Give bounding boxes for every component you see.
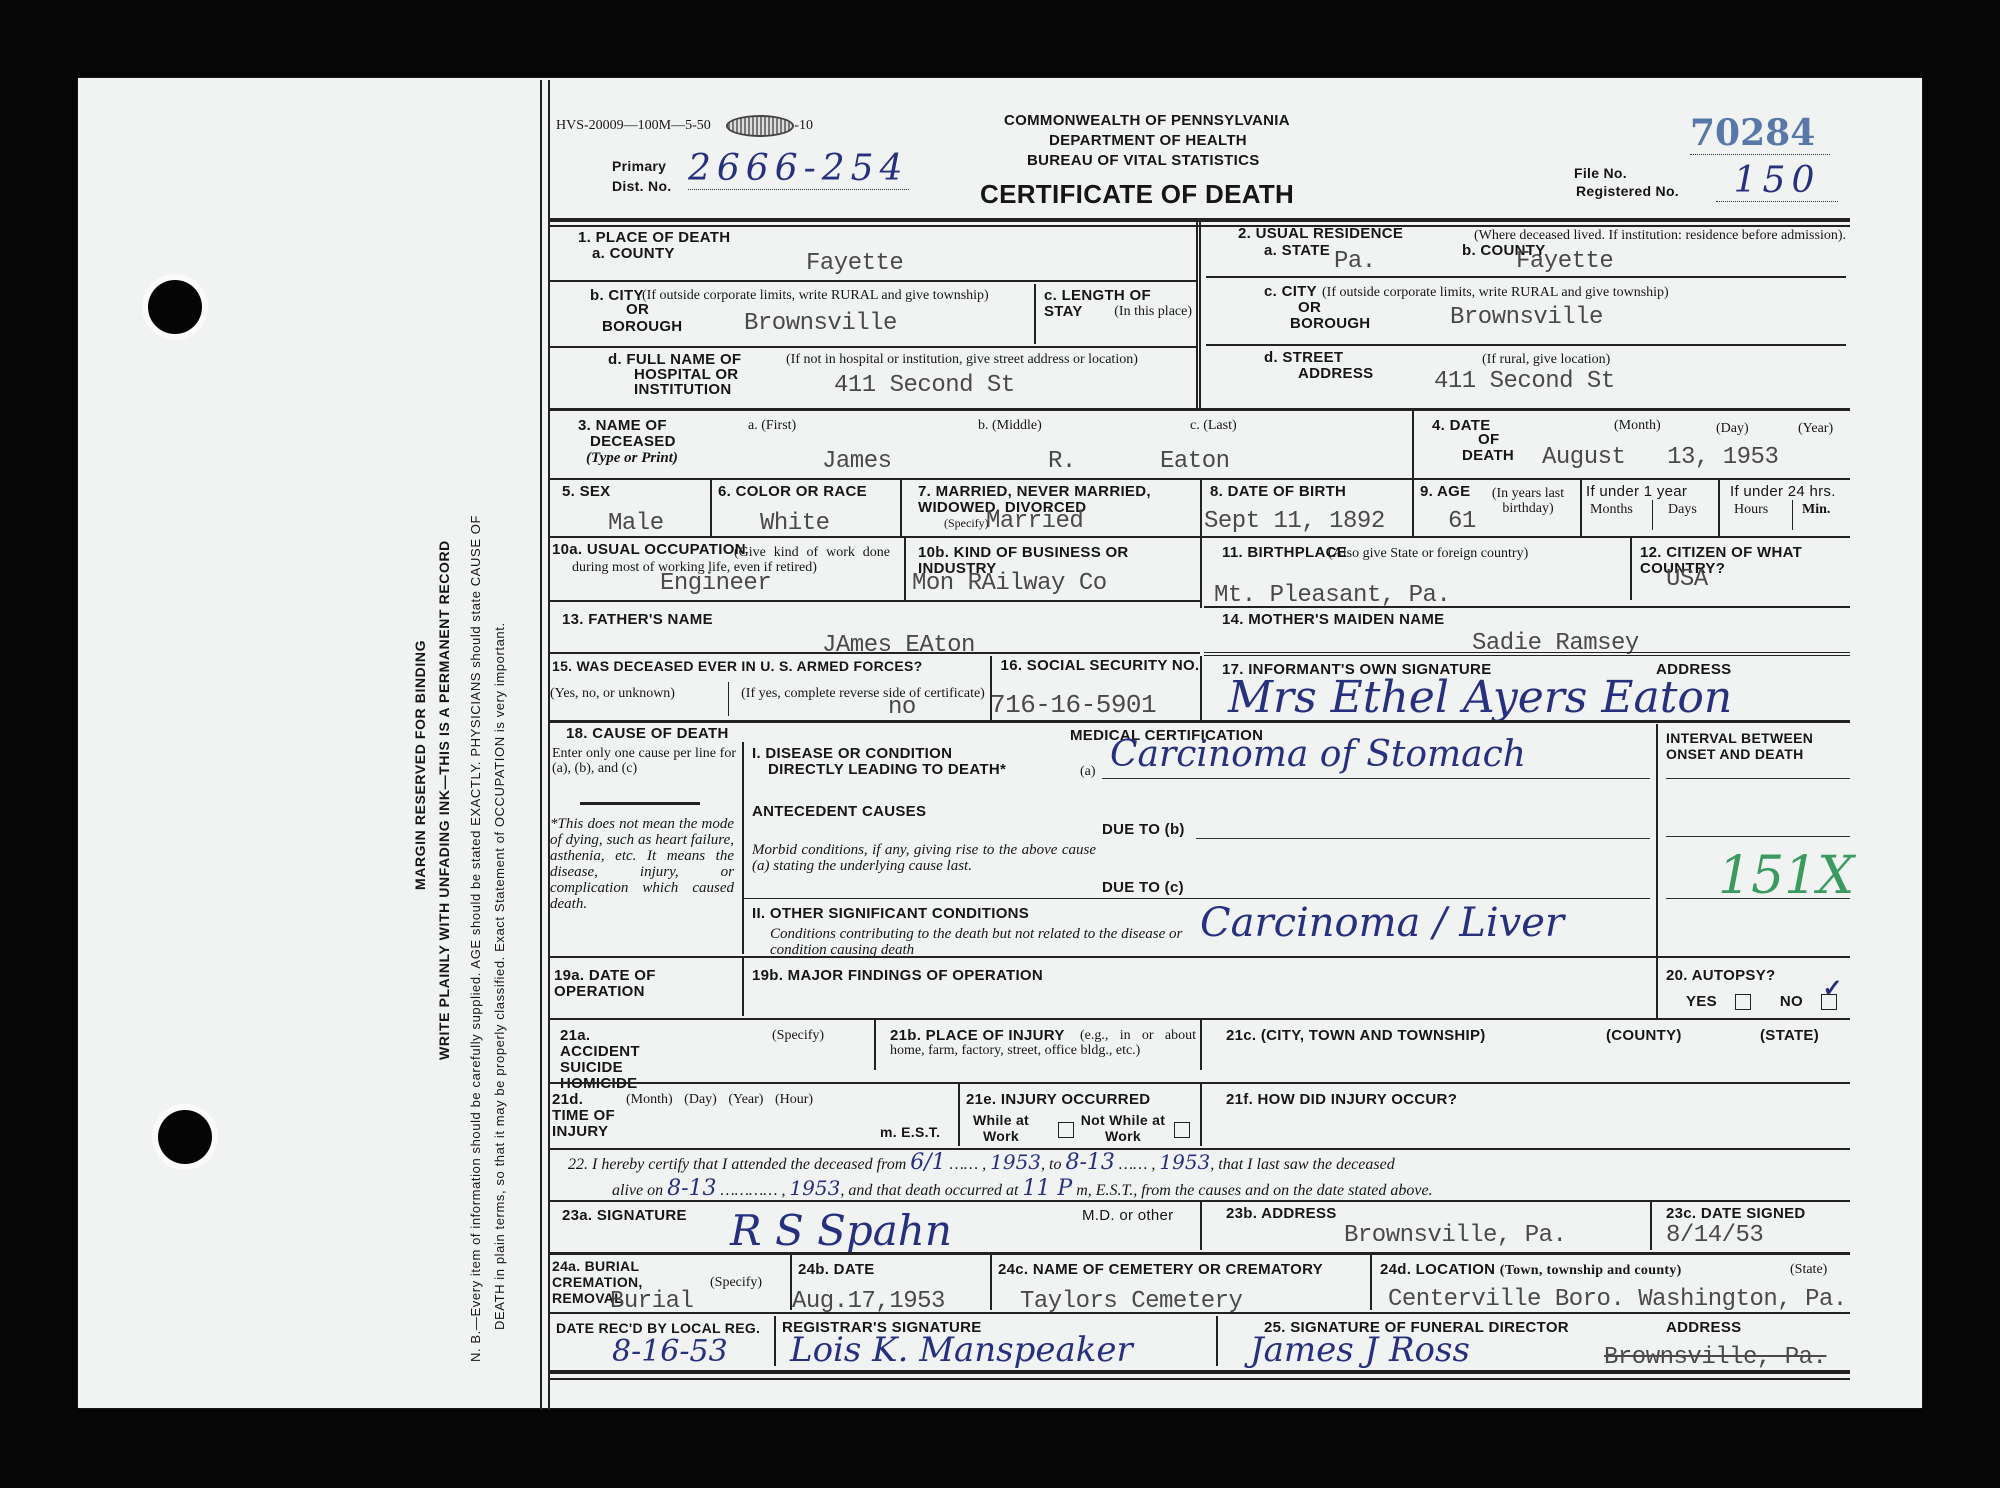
or-label: OR bbox=[626, 302, 649, 318]
place-of-death-label: 1. PLACE OF DEATH bbox=[578, 230, 730, 246]
last-name-label: c. (Last) bbox=[1190, 418, 1237, 433]
business-value: Mon RAilway Co bbox=[912, 570, 1107, 597]
last-seen-alive-value: 8-13 bbox=[667, 1176, 716, 1201]
dist-no-label: Dist. No. bbox=[612, 178, 671, 194]
divider bbox=[1412, 410, 1414, 478]
marital-value: Married bbox=[986, 508, 1083, 535]
hospital-label-3: INSTITUTION bbox=[634, 382, 731, 398]
burial-date-label: 24b. DATE bbox=[798, 1262, 875, 1278]
cemetery-value: Taylors Cemetery bbox=[1020, 1288, 1242, 1315]
interval-mark: 151X bbox=[1718, 846, 1854, 906]
type-or-print-label: (Type or Print) bbox=[586, 450, 678, 466]
divider bbox=[1792, 500, 1793, 530]
divider bbox=[1200, 538, 1202, 608]
divider bbox=[1656, 724, 1658, 956]
punch-hole bbox=[158, 1110, 212, 1164]
age-value: 61 bbox=[1448, 508, 1476, 535]
first-name-value: James bbox=[822, 448, 892, 475]
divider bbox=[550, 956, 1850, 958]
file-no-value: 70284 bbox=[1690, 112, 1830, 155]
city-note: (If outside corporate limits, write RURA… bbox=[1322, 285, 1842, 300]
ssn-value: 716-16-5901 bbox=[990, 690, 1156, 720]
signature-label: 23a. SIGNATURE bbox=[562, 1208, 687, 1224]
morbid-conditions-note: Morbid conditions, if any, giving rise t… bbox=[752, 842, 1096, 874]
or-label: OR bbox=[1298, 300, 1321, 316]
attended-to-value: 8-13 bbox=[1065, 1150, 1114, 1175]
physician-address-label: 23b. ADDRESS bbox=[1226, 1206, 1337, 1222]
cause-footnote: *This does not mean the mode of dying, s… bbox=[550, 816, 734, 912]
time-of-injury-label: 21d. TIME OF INJURY bbox=[552, 1092, 618, 1140]
physician-signature: R S Spahn bbox=[730, 1206, 952, 1255]
under-24-hours-label: If under 24 hrs. bbox=[1730, 484, 1836, 500]
funeral-director-address-value: Brownsville, Pa. bbox=[1604, 1344, 1826, 1371]
divider bbox=[550, 408, 1850, 411]
borough-label: BOROUGH bbox=[1290, 316, 1370, 332]
autopsy-yes-label: YES bbox=[1686, 993, 1717, 1010]
md-or-other-label: M.D. or other bbox=[1082, 1208, 1173, 1224]
divider bbox=[874, 1020, 876, 1070]
city-label: c. CITY bbox=[1264, 284, 1317, 300]
location-label: 24d. LOCATION (Town, township and county… bbox=[1380, 1262, 1682, 1278]
under-1-year-label: If under 1 year bbox=[1586, 484, 1687, 500]
interval-label: INTERVAL BETWEEN ONSET AND DEATH bbox=[1666, 730, 1852, 762]
other-conditions-label: II. OTHER SIGNIFICANT CONDITIONS bbox=[752, 906, 1029, 922]
armed-forces-note-2: (If yes, complete reverse side of certif… bbox=[738, 686, 988, 701]
armed-forces-note-1: (Yes, no, or unknown) bbox=[550, 686, 675, 701]
usual-residence-label: 2. USUAL RESIDENCE bbox=[1238, 226, 1403, 242]
divider bbox=[728, 682, 729, 716]
divider bbox=[1206, 276, 1846, 278]
disease-label-2: DIRECTLY LEADING TO DEATH* bbox=[768, 762, 1006, 778]
city-note: (If outside corporate limits, write RURA… bbox=[642, 288, 1024, 303]
injury-occurred-label: 21e. INJURY OCCURRED bbox=[966, 1092, 1150, 1108]
marital-note: (Specify) bbox=[944, 516, 989, 531]
funeral-director-address-label: ADDRESS bbox=[1666, 1320, 1741, 1336]
divider bbox=[742, 958, 744, 1016]
residence-city-value: Brownsville bbox=[1450, 304, 1603, 331]
other-conditions-value: Carcinoma / Liver bbox=[1200, 900, 1564, 946]
divider bbox=[1650, 1202, 1652, 1250]
attended-from-value: 6/1 bbox=[910, 1150, 945, 1175]
divider bbox=[900, 480, 902, 536]
street-label: d. STREET bbox=[1264, 350, 1343, 366]
while-at-work-label: While at Work bbox=[966, 1112, 1036, 1144]
specify-note: (Specify) bbox=[772, 1028, 824, 1043]
dist-no-value: 2666-254 bbox=[688, 148, 909, 190]
divider bbox=[1206, 344, 1846, 346]
margin-divider bbox=[540, 80, 550, 1410]
divider bbox=[1204, 606, 1850, 608]
hours-label: Hours bbox=[1734, 502, 1768, 517]
divider bbox=[1200, 656, 1202, 720]
date-signed-value: 8/14/53 bbox=[1666, 1222, 1763, 1249]
due-to-b-label: DUE TO (b) bbox=[1102, 822, 1185, 838]
middle-name-value: R. bbox=[1048, 448, 1076, 475]
divider bbox=[550, 1378, 1850, 1380]
certification-line-1: 22. I hereby certify that I attended the… bbox=[568, 1154, 1395, 1173]
divider bbox=[550, 1312, 1850, 1314]
residence-street-value: 411 Second St bbox=[1434, 368, 1615, 395]
death-county-value: Fayette bbox=[806, 250, 903, 277]
length-of-stay-note: (In this place) bbox=[1100, 304, 1192, 319]
cause-b-line bbox=[1196, 838, 1650, 839]
father-name-value: JAmes EAton bbox=[822, 632, 975, 659]
date-received-value: 8-16-53 bbox=[612, 1334, 728, 1369]
occupation-value: Engineer bbox=[660, 570, 771, 597]
not-while-at-work-label: Not While at Work bbox=[1080, 1112, 1166, 1144]
divider bbox=[1200, 480, 1202, 536]
agency-line-3: BUREAU OF VITAL STATISTICS bbox=[1027, 153, 1260, 169]
min-label: Min. bbox=[1802, 502, 1830, 517]
cemetery-label: 24c. NAME OF CEMETERY OR CREMATORY bbox=[998, 1262, 1323, 1278]
location-state-label: (State) bbox=[1790, 1262, 1827, 1277]
attended-to-year: 1953 bbox=[1159, 1150, 1210, 1174]
divider bbox=[1200, 1084, 1202, 1146]
divider bbox=[742, 742, 744, 954]
specify-note: (Specify) bbox=[710, 1275, 762, 1290]
residence-county-value: Fayette bbox=[1516, 248, 1613, 275]
year-label: (Year) bbox=[1798, 421, 1833, 436]
est-label: m. E.S.T. bbox=[880, 1124, 940, 1140]
residence-state-value: Pa. bbox=[1334, 248, 1376, 275]
divider bbox=[550, 652, 1200, 654]
divider bbox=[710, 480, 712, 536]
birthplace-value: Mt. Pleasant, Pa. bbox=[1214, 582, 1450, 609]
death-label: DEATH bbox=[1462, 448, 1514, 464]
divider bbox=[1412, 480, 1414, 536]
divider bbox=[550, 346, 1196, 348]
date-of-death-value: August 13, 1953 bbox=[1542, 444, 1778, 471]
month-label: (Month) bbox=[1614, 418, 1661, 433]
not-while-at-work-checkbox[interactable] bbox=[1174, 1122, 1190, 1138]
physician-address-value: Brownsville, Pa. bbox=[1344, 1222, 1566, 1249]
interval-line bbox=[1666, 836, 1850, 837]
divider bbox=[1718, 480, 1720, 536]
race-label: 6. COLOR OR RACE bbox=[718, 484, 867, 500]
address-label: ADDRESS bbox=[1298, 366, 1373, 382]
divider bbox=[550, 600, 1200, 602]
autopsy-options: YES NO ✓ bbox=[1686, 994, 1837, 1010]
union-label-seal-icon bbox=[726, 115, 794, 137]
citizen-value: USA bbox=[1666, 566, 1708, 593]
primary-label: Primary bbox=[612, 158, 666, 174]
armed-forces-label: 15. WAS DECEASED EVER IN U. S. ARMED FOR… bbox=[552, 658, 923, 674]
divider bbox=[580, 802, 700, 805]
divider bbox=[1656, 958, 1658, 1018]
registrar-signature: Lois K. Manspeaker bbox=[790, 1330, 1133, 1370]
column-divider bbox=[1196, 222, 1201, 408]
sex-label: 5. SEX bbox=[562, 484, 611, 500]
margin-binding-note: MARGIN RESERVED FOR BINDING bbox=[412, 640, 428, 890]
divider bbox=[1580, 480, 1582, 536]
father-name-label: 13. FATHER'S NAME bbox=[562, 612, 713, 628]
date-of-birth-value: Sept 11, 1892 bbox=[1204, 508, 1385, 535]
place-of-injury-note: (e.g., in or about home, farm, factory, … bbox=[890, 1028, 1196, 1058]
form-code: HVS-20009—100M—5-50 -10 bbox=[556, 115, 813, 137]
divider bbox=[1216, 1316, 1218, 1366]
file-no-label: File No. bbox=[1574, 165, 1627, 181]
disposition-value: Burial bbox=[610, 1288, 693, 1315]
operation-date-label: 19a. DATE OF OPERATION bbox=[554, 968, 734, 1000]
informant-signature: Mrs Ethel Ayers Eaton bbox=[1228, 672, 1732, 723]
cause-a-line bbox=[1102, 778, 1650, 779]
usual-residence-note: (Where deceased lived. If institution: r… bbox=[1446, 228, 1846, 243]
how-injury-occurred-label: 21f. HOW DID INJURY OCCUR? bbox=[1226, 1092, 1457, 1108]
months-label: Months bbox=[1590, 502, 1633, 517]
while-at-work-checkbox[interactable] bbox=[1058, 1122, 1074, 1138]
divider bbox=[774, 1316, 776, 1366]
margin-ink-note: WRITE PLAINLY WITH UNFADING INK—THIS IS … bbox=[436, 540, 452, 1060]
divider bbox=[550, 1252, 1850, 1255]
race-value: White bbox=[760, 510, 830, 537]
autopsy-no-label: NO bbox=[1780, 993, 1803, 1010]
injury-state-label: (STATE) bbox=[1760, 1028, 1819, 1044]
agency-line-2: DEPARTMENT OF HEALTH bbox=[1049, 133, 1247, 149]
registered-no-value: 150 bbox=[1716, 160, 1838, 202]
deceased-label: DECEASED bbox=[590, 434, 676, 450]
margin-nb-note-2: DEATH in plain terms, so that it may be … bbox=[492, 622, 507, 1330]
divider bbox=[1652, 500, 1653, 530]
sex-value: Male bbox=[608, 510, 664, 537]
disease-label: I. DISEASE OR CONDITION bbox=[752, 746, 952, 762]
divider bbox=[1370, 1254, 1372, 1310]
autopsy-no-checkbox[interactable]: ✓ bbox=[1821, 994, 1837, 1010]
of-label: OF bbox=[1478, 432, 1499, 448]
divider bbox=[550, 280, 1196, 282]
page-title: CERTIFICATE OF DEATH bbox=[980, 180, 1294, 208]
funeral-director-signature: James J Ross bbox=[1250, 1330, 1470, 1370]
last-seen-alive-year: 1953 bbox=[789, 1176, 840, 1200]
divider bbox=[1200, 1202, 1202, 1250]
divider bbox=[550, 720, 1850, 723]
county-label: a. COUNTY bbox=[592, 246, 675, 262]
death-city-value: Brownsville bbox=[744, 310, 897, 337]
hospital-value: 411 Second St bbox=[834, 372, 1015, 399]
state-label: a. STATE bbox=[1264, 243, 1330, 259]
attended-from-year: 1953 bbox=[990, 1150, 1041, 1174]
age-label: 9. AGE bbox=[1420, 484, 1470, 500]
agency-line-1: COMMONWEALTH OF PENNSYLVANIA bbox=[1004, 113, 1290, 129]
time-of-death-value: 11 P bbox=[1022, 1176, 1072, 1201]
divider bbox=[744, 898, 1650, 899]
cause-instruction: Enter only one cause per line for (a), (… bbox=[552, 746, 736, 776]
injury-county-label: (COUNTY) bbox=[1606, 1028, 1682, 1044]
punch-hole bbox=[148, 280, 202, 334]
divider bbox=[904, 538, 906, 600]
hospital-note: (If not in hospital or institution, give… bbox=[786, 352, 1190, 367]
cause-a-label: (a) bbox=[1080, 764, 1096, 779]
checkmark-icon: ✓ bbox=[1822, 981, 1842, 997]
location-value: Centerville Boro. Washington, Pa. bbox=[1388, 1286, 1847, 1313]
first-name-label: a. (First) bbox=[748, 418, 796, 433]
divider bbox=[958, 1084, 960, 1146]
margin-nb-note-1: N. B.—Every item of information should b… bbox=[468, 515, 483, 1362]
date-signed-label: 23c. DATE SIGNED bbox=[1666, 1206, 1806, 1222]
cause-of-death-label: 18. CAUSE OF DEATH bbox=[566, 726, 729, 742]
divider bbox=[990, 1254, 992, 1310]
operation-findings-label: 19b. MAJOR FINDINGS OF OPERATION bbox=[752, 968, 1043, 984]
mother-maiden-name-label: 14. MOTHER'S MAIDEN NAME bbox=[1222, 612, 1444, 628]
registered-no-label: Registered No. bbox=[1576, 183, 1679, 199]
divider bbox=[1200, 1020, 1202, 1070]
divider bbox=[1204, 652, 1850, 656]
autopsy-yes-checkbox[interactable] bbox=[1735, 994, 1751, 1010]
days-label: Days bbox=[1668, 502, 1697, 517]
armed-forces-value: no bbox=[888, 694, 916, 721]
borough-label: BOROUGH bbox=[602, 319, 682, 335]
name-label: 3. NAME OF bbox=[578, 418, 667, 434]
ssn-label: 16. SOCIAL SECURITY NO. bbox=[1000, 658, 1200, 674]
divider bbox=[550, 1370, 1850, 1374]
divider bbox=[1630, 538, 1632, 600]
time-units: (Month) (Day) (Year) (Hour) bbox=[626, 1092, 813, 1107]
date-of-birth-label: 8. DATE OF BIRTH bbox=[1210, 484, 1346, 500]
day-label: (Day) bbox=[1716, 421, 1749, 436]
street-note: (If rural, give location) bbox=[1482, 352, 1610, 367]
injury-city-label: 21c. (CITY, TOWN AND TOWNSHIP) bbox=[1226, 1028, 1486, 1044]
divider bbox=[1034, 284, 1036, 344]
last-name-value: Eaton bbox=[1160, 448, 1230, 475]
age-note: (In years last birthday) bbox=[1486, 486, 1570, 516]
antecedent-causes-label: ANTECEDENT CAUSES bbox=[752, 804, 926, 820]
certification-line-2: alive on 8-13 ………… , 1953, and that deat… bbox=[612, 1180, 1433, 1199]
birthplace-note: (Also give State or foreign country) bbox=[1328, 546, 1628, 561]
due-to-c-label: DUE TO (c) bbox=[1102, 880, 1184, 896]
cause-a-value: Carcinoma of Stomach bbox=[1110, 734, 1526, 775]
middle-name-label: b. (Middle) bbox=[978, 418, 1042, 433]
interval-line bbox=[1666, 778, 1850, 779]
autopsy-label: 20. AUTOPSY? bbox=[1666, 968, 1775, 984]
burial-date-value: Aug.17,1953 bbox=[792, 1288, 945, 1315]
other-conditions-note: Conditions contributing to the death but… bbox=[770, 926, 1210, 958]
